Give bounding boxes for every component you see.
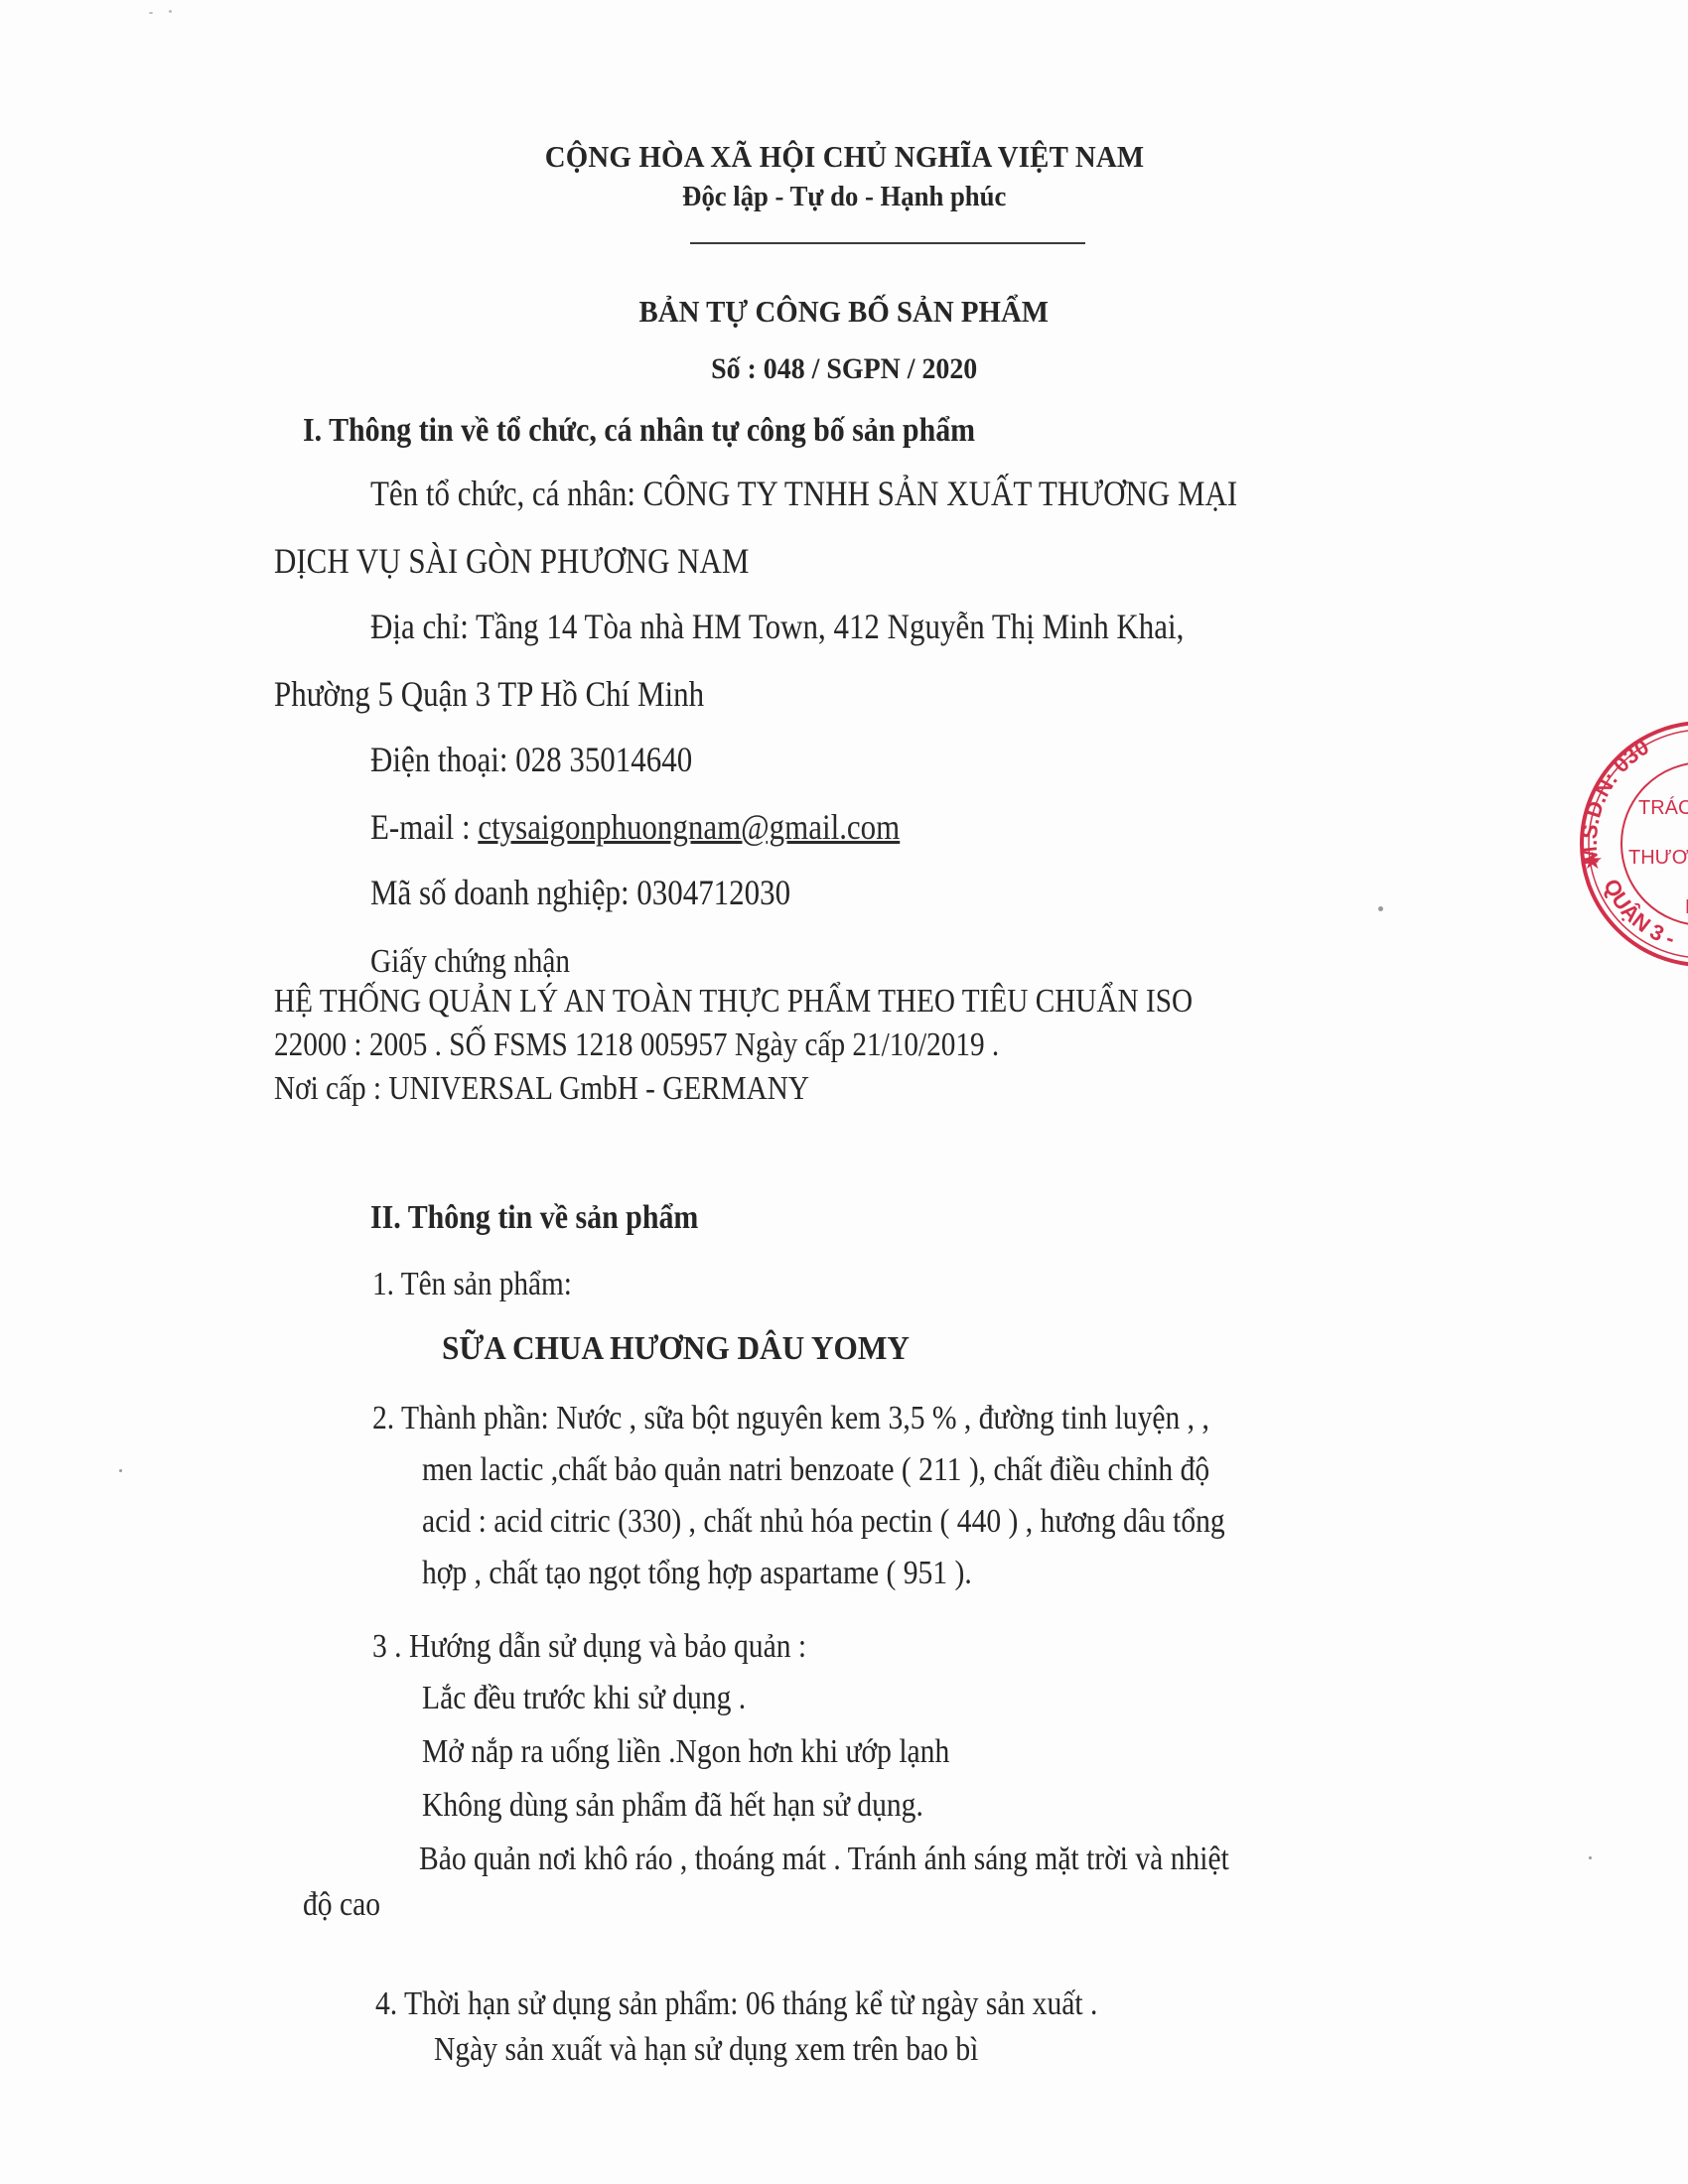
address-line1: Địa chỉ: Tầng 14 Tòa nhà HM Town, 412 Ng… xyxy=(370,606,1184,647)
address-line2: Phường 5 Quận 3 TP Hồ Chí Minh xyxy=(274,673,704,715)
item1-label: 1. Tên sản phẩm: xyxy=(372,1266,572,1303)
scan-speck xyxy=(169,10,172,13)
motto-wrap: Độc lập - Tự do - Hạnh phúc xyxy=(0,181,1688,213)
usage-line1: Lắc đều trước khi sử dụng . xyxy=(422,1680,746,1717)
shelf-life-line2: Ngày sản xuất và hạn sử dụng xem trên ba… xyxy=(434,2031,978,2069)
stamp-ring-bottom: QUẬN 3 - xyxy=(1599,875,1678,951)
national-motto: Độc lập - Tự do - Hạnh phúc xyxy=(682,181,1006,213)
org-name-line1: Tên tổ chức, cá nhân: CÔNG TY TNHH SẢN X… xyxy=(370,473,1237,514)
cert-label: Giấy chứng nhận xyxy=(370,943,570,981)
stamp-seal-icon: M.S.D.N: 030 QUẬN 3 - ★ TRÁC THƯƠ PI xyxy=(1574,715,1688,973)
product-name: SỮA CHUA HƯƠNG DÂU YOMY xyxy=(442,1330,910,1368)
email-link[interactable]: ctysaigonphuongnam@gmail.com xyxy=(478,807,900,847)
stamp-inner-2: THƯƠ xyxy=(1628,847,1688,869)
cert-line2: 22000 : 2005 . SỐ FSMS 1218 005957 Ngày … xyxy=(274,1026,999,1064)
phone-line: Điện thoại: 028 35014640 xyxy=(370,739,692,780)
storage-line1: Bảo quản nơi khô ráo , thoáng mát . Trán… xyxy=(419,1841,1229,1878)
shelf-life-line1: 4. Thời hạn sử dụng sản phẩm: 06 tháng k… xyxy=(375,1985,1097,2023)
document-number: Số : 048 / SGPN / 2020 xyxy=(711,352,977,386)
email-line: E-mail : ctysaigonphuongnam@gmail.com xyxy=(370,806,900,848)
header-divider xyxy=(690,242,1085,244)
email-label: E-mail : xyxy=(370,807,478,847)
cert-line3: Nơi cấp : UNIVERSAL GmbH - GERMANY xyxy=(274,1070,809,1108)
doc-title-wrap: BẢN TỰ CÔNG BỐ SẢN PHẨM xyxy=(0,294,1688,330)
usage-line3: Không dùng sản phẩm đã hết hạn sử dụng. xyxy=(422,1787,923,1825)
svg-text:★: ★ xyxy=(1582,847,1604,875)
document-page: CỘNG HÒA XÃ HỘI CHỦ NGHĨA VIỆT NAM Độc l… xyxy=(0,0,1688,2184)
usage-heading: 3 . Hướng dẫn sử dụng và bảo quản : xyxy=(372,1628,806,1666)
scan-speck xyxy=(119,1469,122,1472)
national-title: CỘNG HÒA XÃ HỘI CHỦ NGHĨA VIỆT NAM xyxy=(544,139,1144,175)
section1-heading: I. Thông tin về tổ chức, cá nhân tự công… xyxy=(303,412,975,450)
business-code-line: Mã số doanh nghiệp: 0304712030 xyxy=(370,872,790,913)
document-title: BẢN TỰ CÔNG BỐ SẢN PHẨM xyxy=(639,294,1049,330)
stamp-inner-1: TRÁC xyxy=(1638,796,1688,819)
company-stamp: M.S.D.N: 030 QUẬN 3 - ★ TRÁC THƯƠ PI xyxy=(1574,715,1688,973)
scan-speck xyxy=(1589,1856,1592,1859)
storage-line2: độ cao xyxy=(303,1886,380,1924)
scan-speck xyxy=(1378,906,1383,911)
scan-speck xyxy=(149,12,153,14)
ingredients-line2: men lactic ,chất bảo quản natri benzoate… xyxy=(422,1451,1209,1489)
usage-line2: Mở nắp ra uống liền .Ngon hơn khi ướp lạ… xyxy=(422,1733,949,1771)
ingredients-line4: hợp , chất tạo ngọt tổng hợp aspartame (… xyxy=(422,1555,972,1592)
org-name-line2: DỊCH VỤ SÀI GÒN PHƯƠNG NAM xyxy=(274,540,749,582)
ingredients-line1: 2. Thành phần: Nước , sữa bột nguyên kem… xyxy=(372,1400,1209,1437)
section2-heading: II. Thông tin về sản phẩm xyxy=(370,1199,698,1237)
doc-number-wrap: Số : 048 / SGPN / 2020 xyxy=(0,352,1688,386)
svg-text:QUẬN 3 -: QUẬN 3 - xyxy=(1599,875,1678,951)
ingredients-line3: acid : acid citric (330) , chất nhủ hóa … xyxy=(422,1503,1225,1541)
cert-line1: HỆ THỐNG QUẢN LÝ AN TOÀN THỰC PHẨM THEO … xyxy=(274,983,1193,1021)
national-title-wrap: CỘNG HÒA XÃ HỘI CHỦ NGHĨA VIỆT NAM xyxy=(0,139,1688,175)
